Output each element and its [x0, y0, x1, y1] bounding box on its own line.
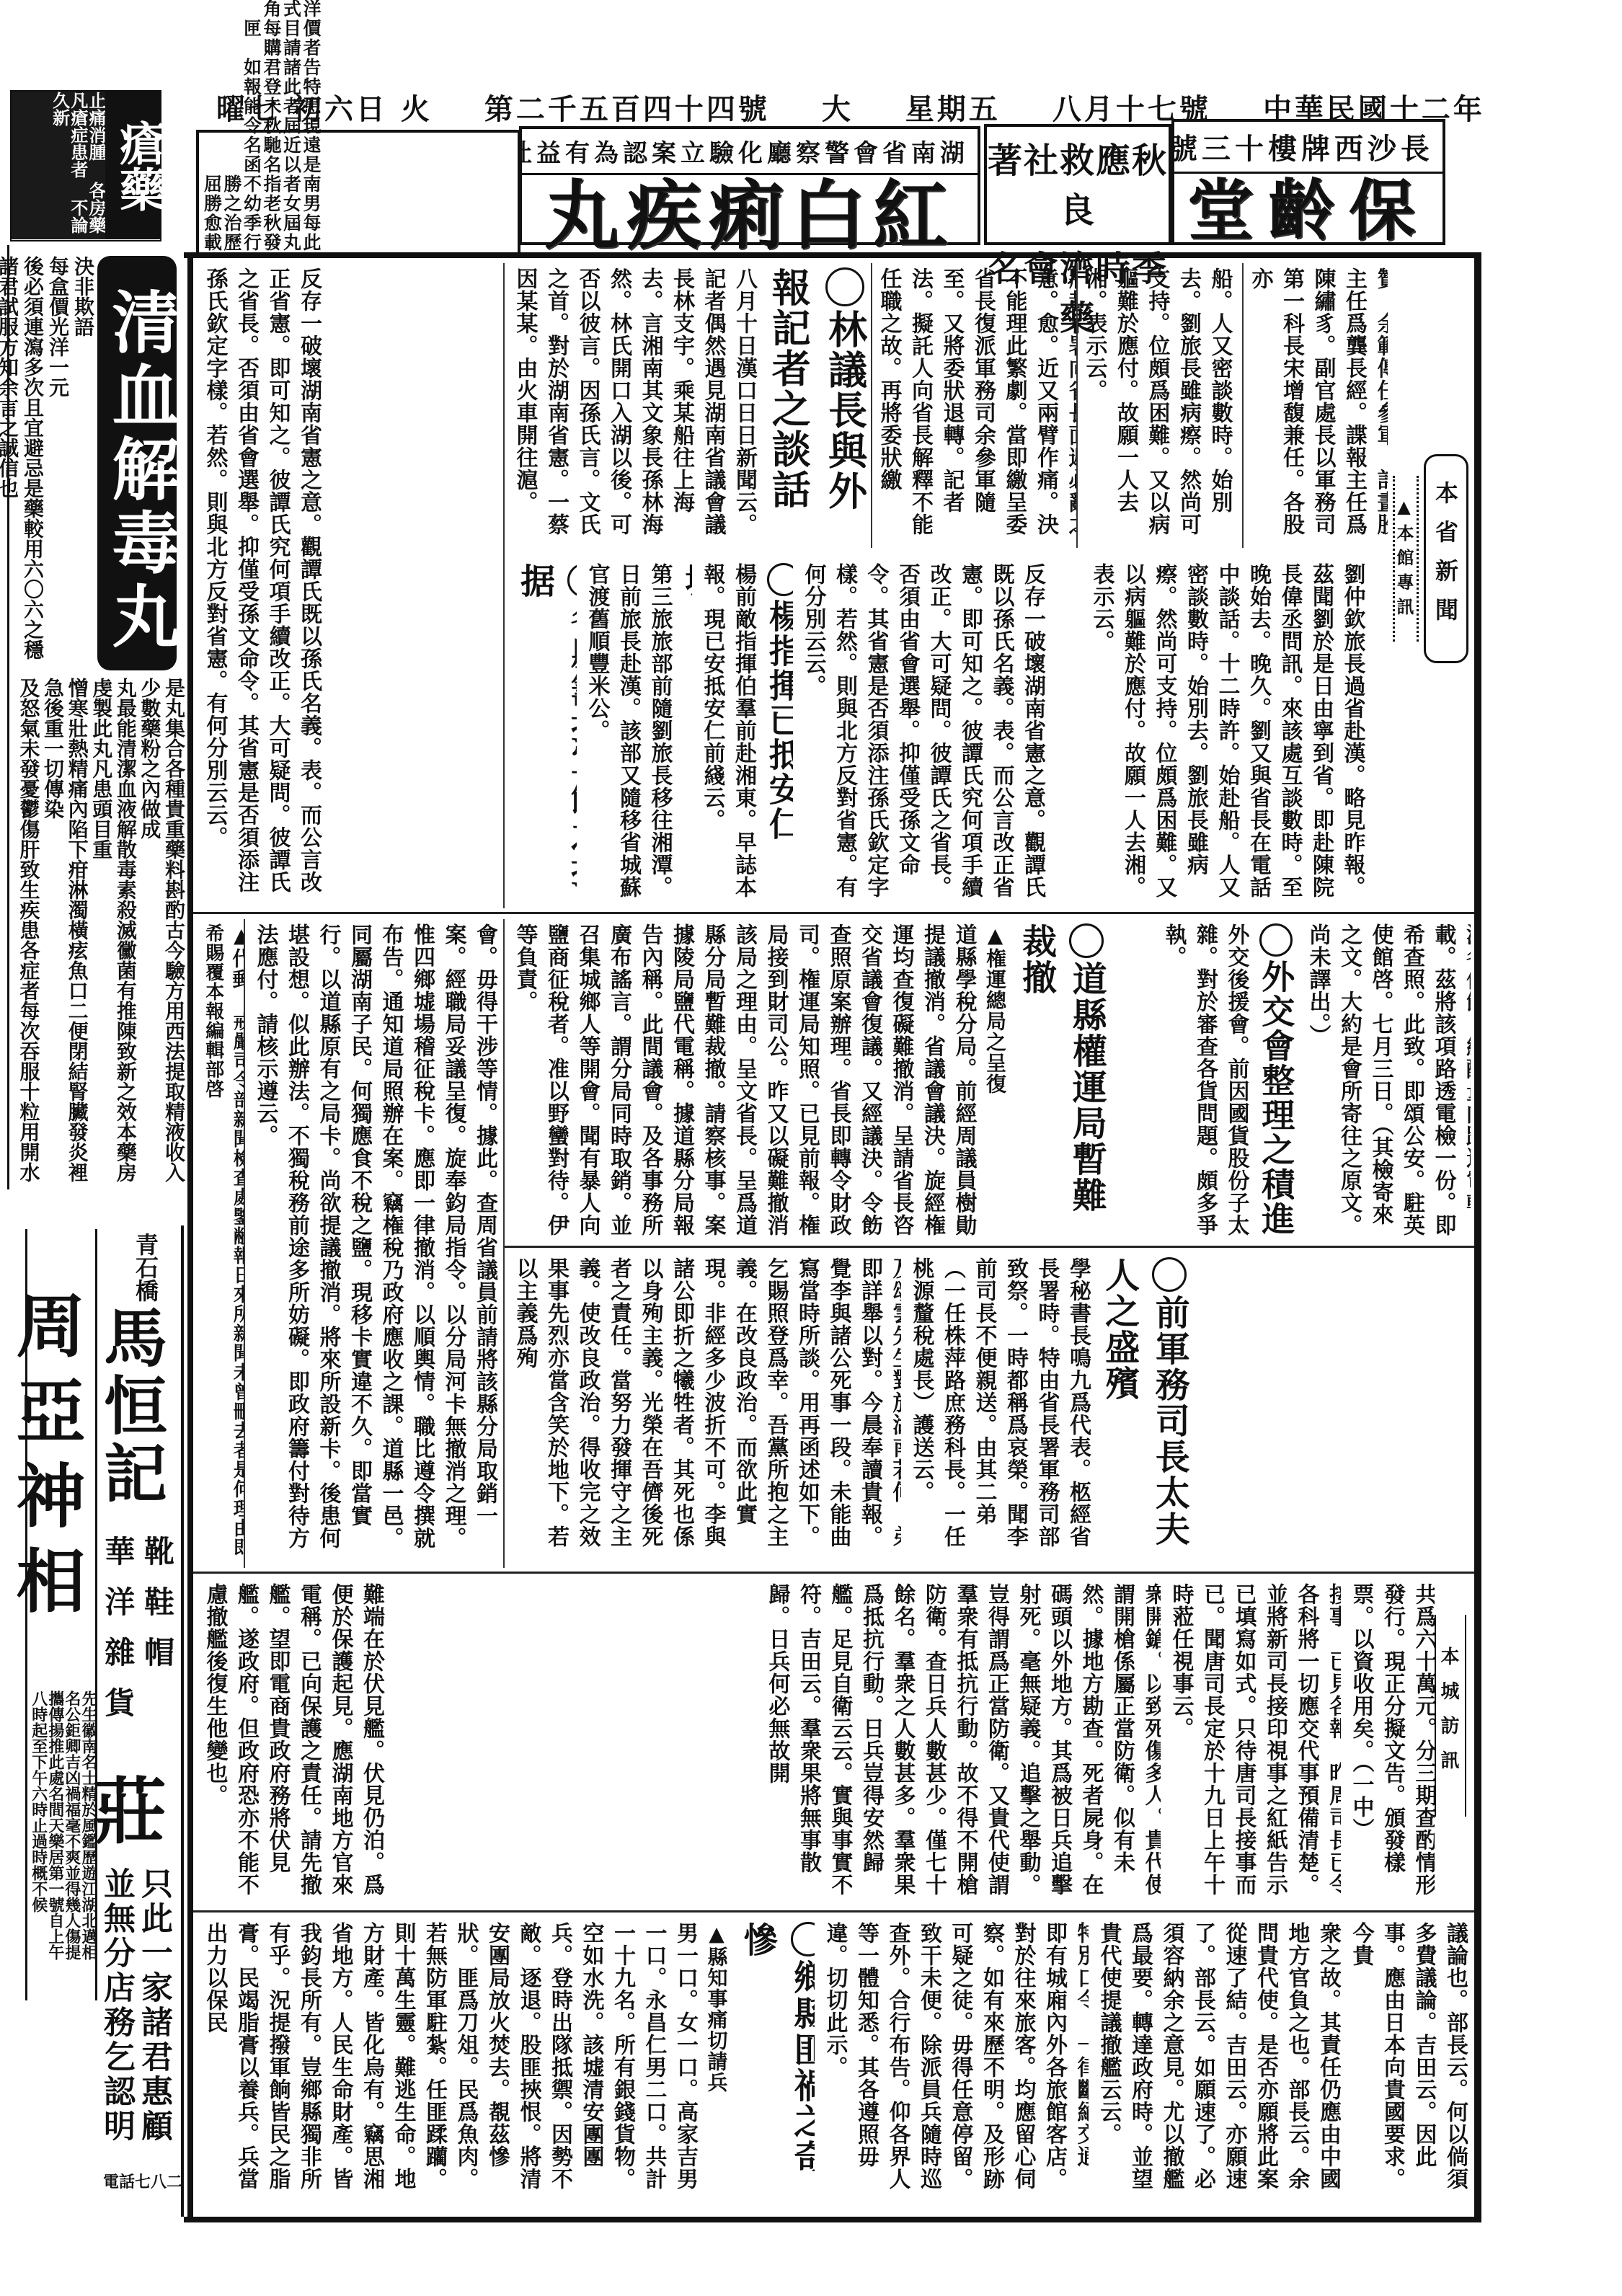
article-body: 記者足下。昨日辱承枉顧。詢及頌雲先生對於湖南若何。弟即詳舉以對。今晨奉讀貴報。覺…: [513, 1257, 902, 1548]
section-tag-city-news: 本城訪訊: [1435, 1615, 1466, 1817]
ma-henji-slogan-1: 只此一家諸君惠顧: [141, 1867, 177, 2177]
article-luo-dingan: 羅定安仍堅辭清鄉督辦 省長委任羅先閭。爲清鄉督辦。羅去緘辭謝。到。即日致緘省長堅…: [869, 263, 1078, 548]
article-headline: 外交會整理之積進: [1257, 923, 1295, 1236]
article-body: （二）迭日因撤局謠傳發生之後。鹽販結團。稅無半點收入。鈞局報告隨貼隨扯。（三）此…: [253, 923, 505, 1549]
notice-body: 戒嚴司令部新聞檢查處鑒敝報日來所新聞未曾刪去者是何理由即希賜覆本報編輯部啓: [203, 923, 245, 1557]
article-lin-yizhang: 林議長與外報記者之談話 八月十日漢口日日新聞云。記者偶然遇見湖南省議會議長林支宇…: [505, 263, 872, 548]
qingxue-pill-ad: 清血解毒丸 決非欺語 每盒價光洋一元 後必須連瀉多次且宜避忌是藥較用六〇六之穩 …: [7, 245, 187, 1189]
article-quanzu-paiyi: 勸阻排日舉動之訓令 ▲附六一慘案之問答詞（續） 部長云。長沙事。余所得報告。與貴…: [757, 1579, 1161, 1907]
article-headline: 林議長與外報記者之談話: [766, 267, 867, 511]
article-headline: 鄉縣匪禍之奇慘: [737, 1922, 815, 2176]
notice-headline: ▲代郵: [229, 923, 245, 990]
circle-bullet-icon: [1069, 923, 1104, 958]
ma-henji-ad: 青石橋 馬恒記 靴鞋帽 華洋雜貨 莊 只此一家諸君惠顧 並無分店務乞認明 電話七…: [97, 1225, 184, 2217]
triangle-icon: ▲: [983, 923, 1007, 948]
article-junyongquan: 省政府發行軍用券再誌 省政府發行軍用券。已誌昨報。茲悉此項一元軍用券。昨業印竣。…: [1341, 1579, 1435, 1907]
sore-medicine-ad: 止痛消腫 各房藥 凡瘡症患者 不論久新 瘡藥: [10, 90, 161, 241]
article-body: 醴陵縣准劃作戒嚴區域。已誌十五號本報。茲探錄第一混成旅步四團鄒團長宣布實施戒嚴文…: [823, 1922, 1089, 2190]
top-frame-rule: [184, 252, 1481, 258]
seasonal-medicine-ad: 秋應救社著良 季時濟會名藥: [984, 124, 1171, 245]
masthead-issue-number: 第二千五百四十四號: [484, 87, 770, 128]
article-subhead: ▲縣知事痛切請兵: [705, 1922, 729, 2093]
article-headline: 各縣籌措軍餉之措据: [515, 563, 577, 889]
zhou-fortune-title: 周亞神相: [27, 1236, 95, 1683]
article-daoxian-quanyun: 道縣權運局暫難裁撤 ▲権運總局之呈復 道縣學稅分局。前經周議員樹勛提議撤消。省議…: [505, 919, 1153, 1244]
article-xiangxian-feihuo: 鄉縣匪禍之奇慘 ▲縣知事痛切請兵 男一口。女一口。高家吉男一口。永昌仁男二口。共…: [195, 1918, 815, 2213]
ma-henji-big-char: 莊: [105, 1773, 177, 1860]
article-body: 吉田云。因此事。應由日本向貴國要求。今貴國政府反向日本要求。以佔先着。部長云。須…: [1096, 1922, 1342, 2190]
article-third-brigade: 第三旅旅部又移省城 第三旅旅部前隨劉旅長移往湘潭。日前旅長赴漢。該部又隨移省城蘇…: [577, 559, 692, 905]
article-body: 劉仲欽旅長過省赴漢。略見昨報。茲聞劉於是日由寧到省。即赴陳院長偉丞問訊。來該處互…: [1089, 563, 1365, 898]
article-li-junzhongzhuang: 李君仲莊來函 記者足下。昨日辱承枉顧。詢及頌雲先生對於湖南若何。弟即詳舉以對。今…: [505, 1253, 901, 1570]
article-body: 八月十日漢口日日新聞云。記者偶然遇見湖南省議會議長林支宇。乘某船往上海去。言湘南…: [513, 267, 758, 536]
circle-bullet-icon: [1152, 1257, 1187, 1292]
article-liuyi-case: 六一案已宣傳歐洲各報矣 ▲駐英公使來函 吾湘六一慘案。外交後援會前將慘情發駐外國…: [1298, 919, 1471, 1244]
circle-bullet-icon: [791, 1922, 815, 1956]
article-headline: 道縣權運局暫難裁撤: [1016, 923, 1107, 1213]
article-liu-continued: 劉仲欽旅長過省赴漢。略見昨報。茲聞劉於是日由寧到省。即赴陳院長偉丞問訊。來該處互…: [1081, 559, 1471, 905]
ma-henji-slogan-2: 並無分店務乞認明: [103, 1867, 139, 2177]
article-body: 倘政府借用湖南當局之言。遂爾撤艦。而其後復起變端。則政府將無辭以求解於國會之質問…: [1349, 1922, 1471, 2190]
dysentery-pill-title: 紅白痢疾丸: [522, 175, 978, 253]
baolingtang-title: 保齡堂: [1174, 174, 1442, 244]
article-body: 反存一破壞湖南省憲之意。觀譚氏既以孫氏名義。表。而公言改正省憲。即可知之。彼譚氏…: [801, 563, 1046, 898]
article-zongzhihui: 總指揮部組織續聞 省長署組織總指揮部。略見昨報。惟少有訛誤。茲探誌其詳如左。總指…: [1240, 263, 1388, 548]
divider-row-1: [193, 912, 1474, 914]
divider-row-2: [505, 1246, 1474, 1248]
article-liling-jieyan: 醴陵准作戒嚴區域續誌 醴陵縣准劃作戒嚴區域。已誌十五號本報。茲探錄第一混成旅步四…: [815, 1918, 1089, 2213]
triangle-icon: ▲: [705, 1922, 729, 1946]
article-headline: 前軍務司長太夫人之盛殯: [1099, 1257, 1190, 1547]
right-frame-rule: [1474, 256, 1481, 2220]
article-daoxian-continued: （二）迭日因撤局謠傳發生之後。鹽販結團。稅無半點收入。鈞局報告隨貼隨扯。（三）此…: [245, 919, 505, 1568]
circle-bullet-icon: [1259, 923, 1293, 957]
left-frame-rule: [187, 256, 193, 2220]
article-quanzu-cont: 吉田云。因此事。應由日本向貴國要求。今貴國政府反向日本要求。以佔先着。部長云。須…: [1089, 1918, 1341, 2213]
article-body: 外交後援會。前因國貨股份子太雜。對於審查各貨問題。頗多爭執。: [1161, 923, 1249, 1236]
triangle-icon: ▲: [1393, 496, 1414, 524]
article-quanzu-right: 倘政府借用湖南當局之言。遂爾撤艦。而其後復起變端。則政府將無辭以求解於國會之質問…: [1341, 1918, 1471, 2213]
article-bottom-mid-right: 難端在於伏見艦。伏見仍泊。爲便於保護起見。應湖南地方官來電稱。已向保護之責任。請…: [195, 1579, 757, 1907]
qingxue-pill-side-notes: 決非欺語 每盒價光洋一元 後必須連瀉多次且宜避忌是藥較用六〇六之穩 諸君試服方知…: [17, 256, 96, 674]
article-body: 省長署組織總指揮部。略見昨報。惟少有訛誤。茲探誌其詳如左。總指揮部現正在組織期間…: [1248, 267, 1388, 536]
sore-medicine-label: 瘡藥: [105, 92, 161, 239]
article-body: 省政府發行軍用券。已誌昨報。茲悉此項一元軍用券。昨業印竣。正編列字號。計共二十萬…: [1349, 1583, 1435, 1896]
ma-henji-items: 靴鞋帽 華洋雜貨: [105, 1535, 177, 1766]
notice-daiyou: ▲代郵 戒嚴司令部新聞檢查處鑒敝報日來所新聞未曾刪去者是何理由即希賜覆本報編輯部…: [195, 919, 245, 1568]
article-body: 學秘書長鳴九爲代表。柩經省長署時。特由省長署軍務司部致祭。一時都稱爲哀榮。聞李前…: [909, 1257, 1091, 1548]
sore-medicine-side-text: 止痛消腫 各房藥 凡瘡症患者 不論久新: [12, 92, 105, 239]
ma-henji-phone: 電話七八二: [103, 2170, 182, 2213]
article-provincial-autonomy: 反存一破壞湖南省憲之意。觀譚氏既以孫氏名義。表。而公言改正省憲。即可知之。彼譚氏…: [195, 263, 505, 908]
baolingtang-ad: 長沙西牌樓十三號 保齡堂: [1171, 119, 1445, 245]
circle-bullet-icon: [767, 563, 793, 596]
article-tang-caizhengsi: 唐財政司長定期就職 新選財政司長唐規嚴氏定於十九接事。已見各報。昨周司長已令各科…: [1161, 1579, 1341, 1907]
triangle-icon: ▲: [229, 923, 245, 948]
article-body: 反存一破壞湖南省憲之意。觀譚氏既以孫氏名義。表。而公言改正省憲。即可知之。彼譚氏…: [203, 267, 322, 893]
circle-bullet-icon: [567, 563, 577, 598]
fine-print-ad-text: 此丸發行歷載 每屆秋季治愈 男女老幼之勝 南者指不勝屈 是以名函 遠近馳名 現屆…: [199, 133, 324, 254]
divider-row-4: [193, 1910, 1474, 1912]
article-qian-junwusi: 前軍務司長太夫人之盛殯 學秘書長鳴九爲代表。柩經省長署時。特由省長署軍務司部致祭…: [901, 1253, 1471, 1570]
article-body: 第三旅旅部前隨劉旅長移往湘潭。日前旅長赴漢。該部又隨移省城蘇官渡舊順豐米公。: [585, 563, 673, 898]
article-yang-zhihui: 楊指揮已抵安仁 楊前敵指揮伯羣前赴湘東。早誌本報。現已安抵安仁前綫云。: [692, 559, 793, 905]
masthead-center: 大: [822, 87, 854, 128]
article-body: 道縣學稅分局。前經周議員樹勛提議撤消。省議會議決。旋經権運均查復礙難撤消。呈請省…: [513, 923, 977, 1236]
divider-row-3: [193, 1572, 1474, 1574]
article-body: 吾湘六一慘案。外交後援會前將慘情發駐外國各公使。請宣傳各國。主張公理。前英公使館…: [1306, 923, 1471, 1236]
ma-henji-title: 馬恒記: [119, 1305, 177, 1521]
fine-print-ad: 此丸發行歷載 每屆秋季治愈 男女老幼之勝 南者指不勝屈 是以名函 遠近馳名 現屆…: [196, 130, 520, 256]
qingxue-pill-title: 清血解毒丸: [97, 256, 177, 670]
article-body: 楊前敵指揮伯羣前赴湘東。早誌本報。現已安抵安仁前綫云。: [700, 563, 757, 898]
dysentery-pill-ad: 湖南省會警察廳化驗立案認為有益社會之良藥 紅白痢疾丸: [519, 126, 980, 245]
article-body: 難端在於伏見艦。伏見仍泊。爲便於保護起見。應湖南地方官來電稱。已向保護之責任。請…: [203, 1583, 385, 1896]
seasonal-medicine-line1: 秋應救社著良: [987, 127, 1169, 232]
article-headline: 第三旅旅部又移省城: [680, 563, 692, 876]
article-body: 部長云。長沙事。余所得報告。與貴代使所言全然不符。據報武陵丸抵埠時。適有學生等在…: [765, 1583, 1161, 1896]
article-county-military-funds: 各縣籌措軍餉之措据: [505, 559, 577, 905]
circle-bullet-icon: [825, 267, 864, 306]
bottom-frame-rule: [184, 2217, 1481, 2222]
dysentery-pill-header: 湖南省會警察廳化驗立案認為有益社會之良藥: [522, 129, 978, 175]
article-waijiao-hui: 外交會整理之積進 外交後援會。前因國貨股份子太雜。對於審查各貨問題。頗多爭執。: [1153, 919, 1298, 1244]
qingxue-pill-body: 是丸集合各種貴重藥料斟酌古今驗方用西法提取精液收入少數藥粉之內做成 丸最能清潔血…: [17, 678, 186, 1182]
article-body: 省長委任羅先閭。爲清鄉督辦。羅去緘辭謝。到。即日致緘省長堅辭。並附繳委狀。十五日…: [877, 267, 1078, 536]
masthead-weekday: 星期五: [905, 87, 1001, 128]
article-subhead: ▲権運總局之呈復: [983, 923, 1007, 1094]
article-tan-constitution: 反存一破壞湖南省憲之意。觀譚氏既以孫氏名義。表。而公言改正省憲。即可知之。彼譚氏…: [793, 559, 1081, 905]
article-body: 男一口。女一口。高家吉男一口。永昌仁男二口。共計一十九名。所有銀錢貨物。空如水洗…: [203, 1922, 699, 2190]
article-headline: 楊指揮已抵安仁: [764, 563, 793, 841]
article-body: 新選財政司長唐規嚴氏定於十九接事。已見各報。昨周司長已令各科將一切應交代事預備清…: [1169, 1583, 1342, 1896]
article-body: 劉仲欽旅長過省赴漢。略見昨報。茲聞劉於是日由寧到省。即赴陳院長偉丞問訊。來該處互…: [1082, 267, 1244, 536]
baolingtang-address: 長沙西牌樓十三號: [1174, 122, 1442, 174]
article-liu-zhongqin: 劉仲欽旅長過省赴漢詳誌 自寧鄉至湘潭 劉仲欽旅長過省赴漢。略見昨報。茲聞劉於是日…: [1074, 263, 1244, 548]
